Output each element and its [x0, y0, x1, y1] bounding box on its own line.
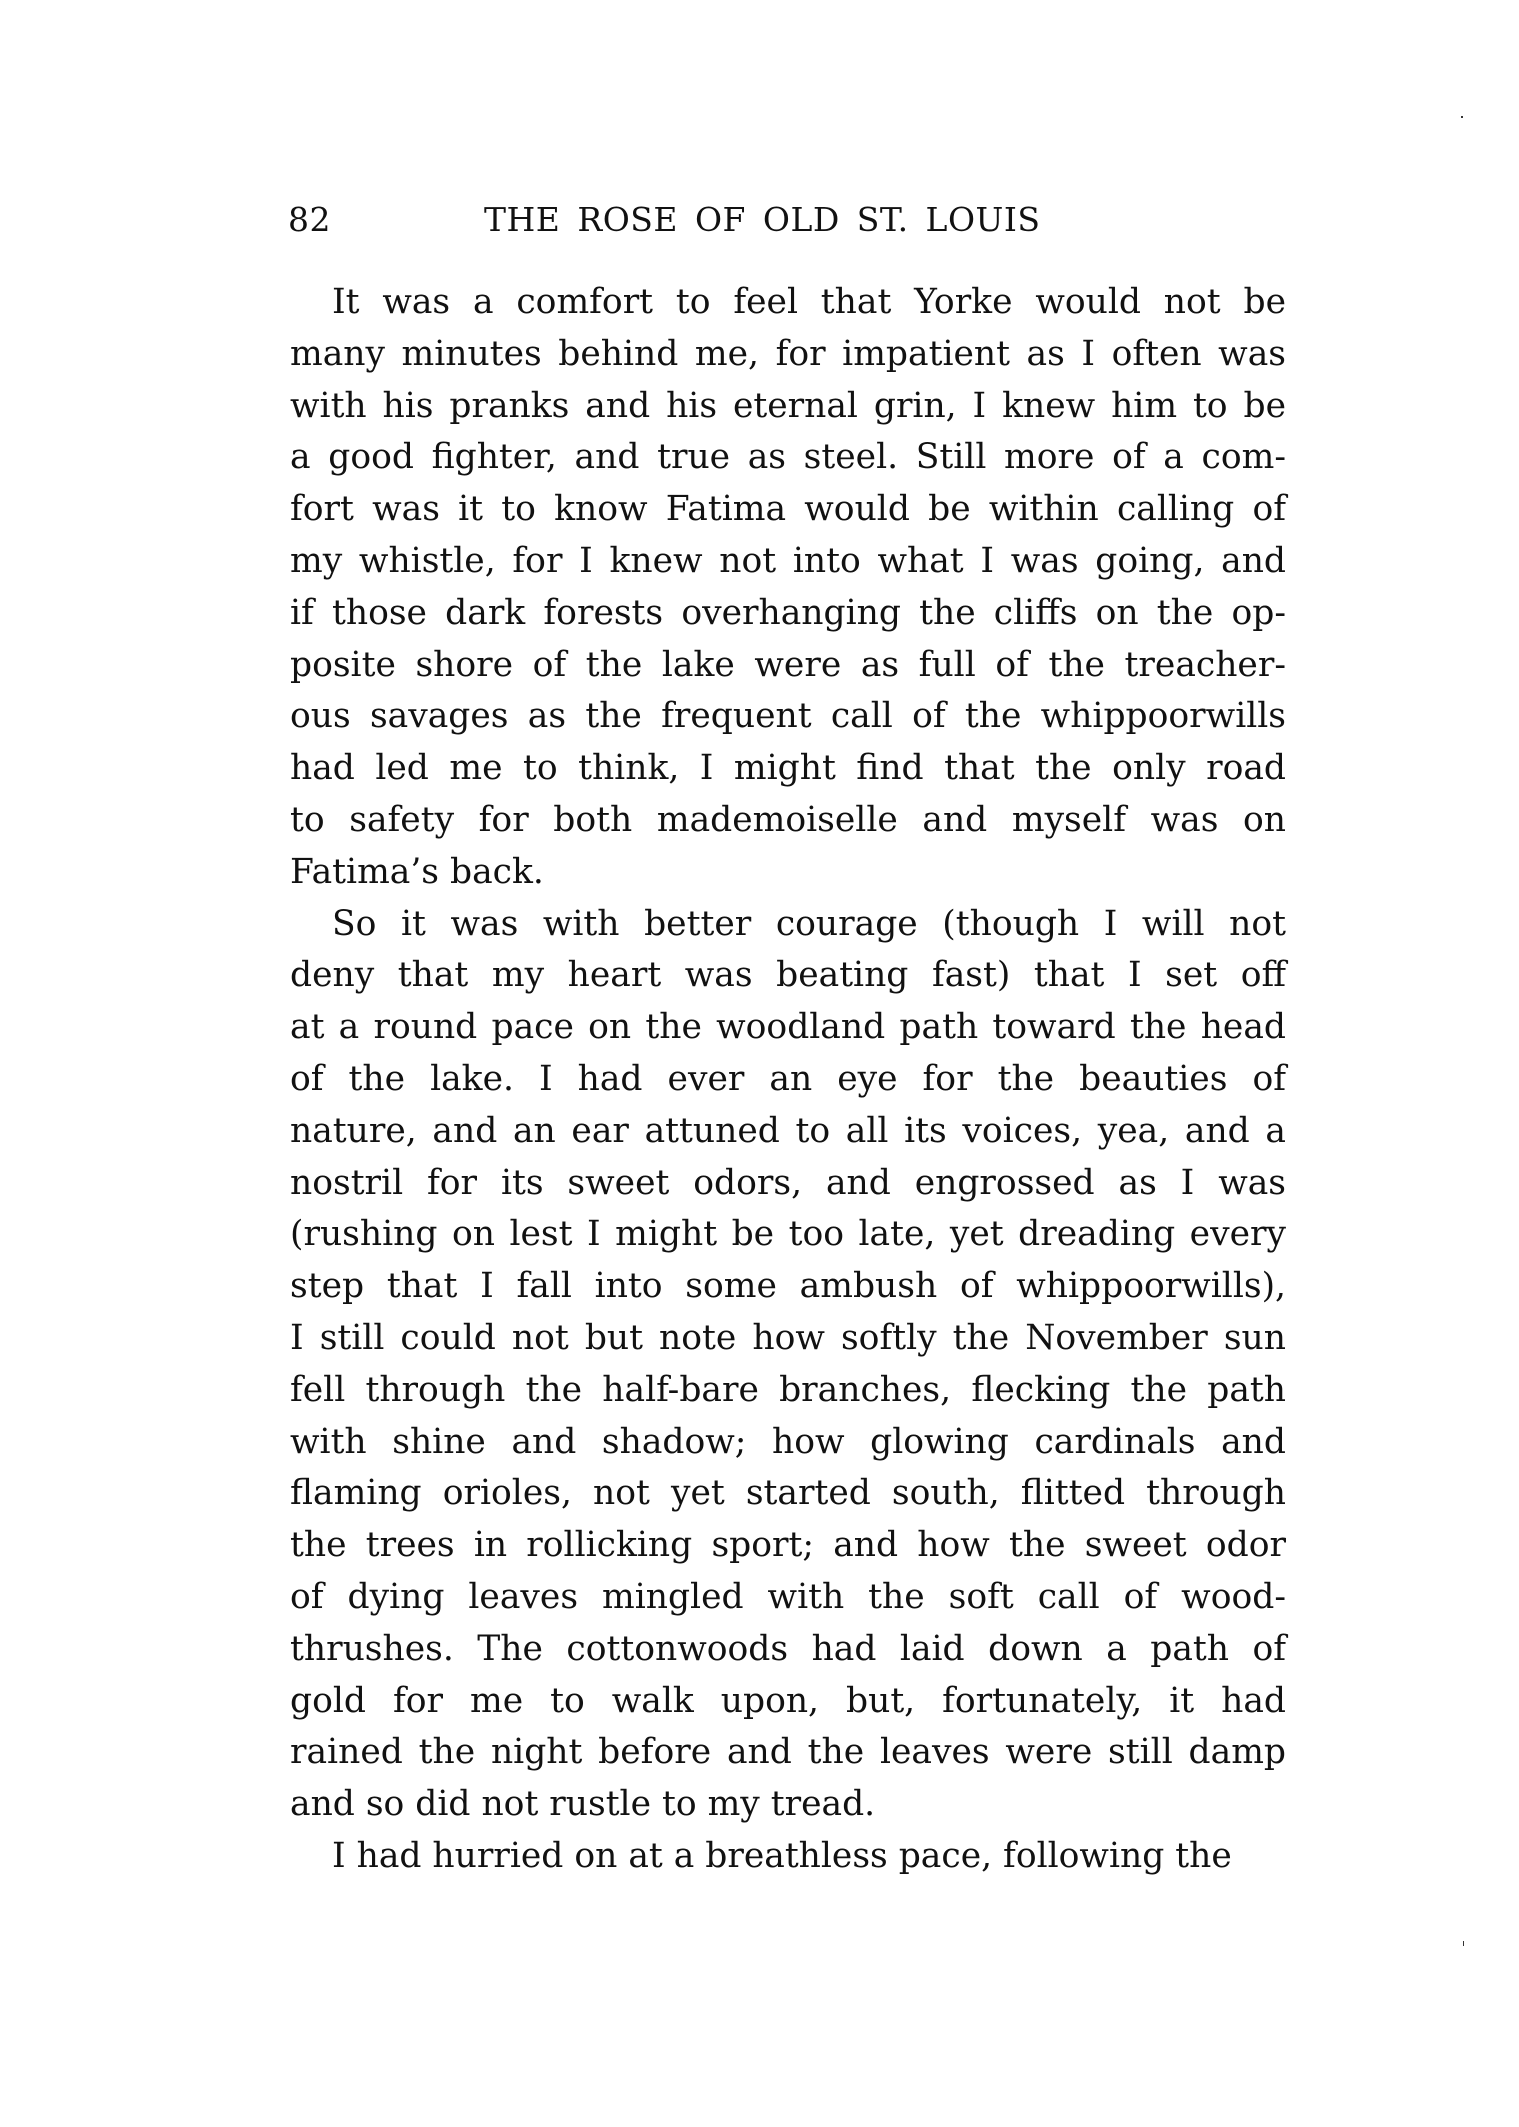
- text-line: the trees in rollicking sport; and how t…: [290, 1520, 1286, 1572]
- page-number: 82: [288, 196, 331, 244]
- body-text: It was a comfort to feel that Yorke woul…: [290, 277, 1286, 1883]
- text-line: of dying leaves mingled with the soft ca…: [290, 1572, 1286, 1624]
- text-line: with his pranks and his eternal grin, I …: [290, 381, 1286, 433]
- text-line: rained the night before and the leaves w…: [290, 1727, 1286, 1779]
- text-line: my whistle, for I knew not into what I w…: [290, 536, 1286, 588]
- running-head: 82 THE ROSE OF OLD ST. LOUIS: [288, 196, 1288, 244]
- text-line: (rushing on lest I might be too late, ye…: [290, 1209, 1286, 1261]
- text-line: of the lake. I had ever an eye for the b…: [290, 1054, 1286, 1106]
- text-line: Fatima’s back.: [290, 847, 1286, 899]
- scan-speck: [1463, 1941, 1464, 1946]
- text-line: ous savages as the frequent call of the …: [290, 691, 1286, 743]
- text-line: if those dark forests overhanging the cl…: [290, 588, 1286, 640]
- text-line: at a round pace on the woodland path tow…: [290, 1002, 1286, 1054]
- text-line: fell through the half-bare branches, fle…: [290, 1365, 1286, 1417]
- text-line: I had hurried on at a breathless pace, f…: [290, 1831, 1286, 1883]
- text-line: thrushes. The cottonwoods had laid down …: [290, 1624, 1286, 1676]
- paragraph-2: So it was with better courage (though I …: [290, 899, 1286, 1831]
- scan-speck: [1461, 116, 1463, 118]
- text-line: to safety for both mademoiselle and myse…: [290, 795, 1286, 847]
- book-page: 82 THE ROSE OF OLD ST. LOUIS It was a co…: [0, 0, 1519, 2127]
- text-line: deny that my heart was beating fast) tha…: [290, 950, 1286, 1002]
- text-line: So it was with better courage (though I …: [290, 899, 1286, 951]
- text-line: fort was it to know Fatima would be with…: [290, 484, 1286, 536]
- text-line: posite shore of the lake were as full of…: [290, 640, 1286, 692]
- text-line: a good fighter, and true as steel. Still…: [290, 432, 1286, 484]
- text-line: had led me to think, I might find that t…: [290, 743, 1286, 795]
- paragraph-1: It was a comfort to feel that Yorke woul…: [290, 277, 1286, 899]
- paragraph-3: I had hurried on at a breathless pace, f…: [290, 1831, 1286, 1883]
- text-line: many minutes behind me, for impatient as…: [290, 329, 1286, 381]
- text-line: It was a comfort to feel that Yorke woul…: [290, 277, 1286, 329]
- text-line: gold for me to walk upon, but, fortunate…: [290, 1676, 1286, 1728]
- text-line: nostril for its sweet odors, and engross…: [290, 1158, 1286, 1210]
- text-line: nature, and an ear attuned to all its vo…: [290, 1106, 1286, 1158]
- text-line: step that I fall into some ambush of whi…: [290, 1261, 1286, 1313]
- running-title: THE ROSE OF OLD ST. LOUIS: [484, 196, 1040, 244]
- text-line: and so did not rustle to my tread.: [290, 1779, 1286, 1831]
- text-line: flaming orioles, not yet started south, …: [290, 1468, 1286, 1520]
- text-line: with shine and shadow; how glowing cardi…: [290, 1417, 1286, 1469]
- text-line: I still could not but note how softly th…: [290, 1313, 1286, 1365]
